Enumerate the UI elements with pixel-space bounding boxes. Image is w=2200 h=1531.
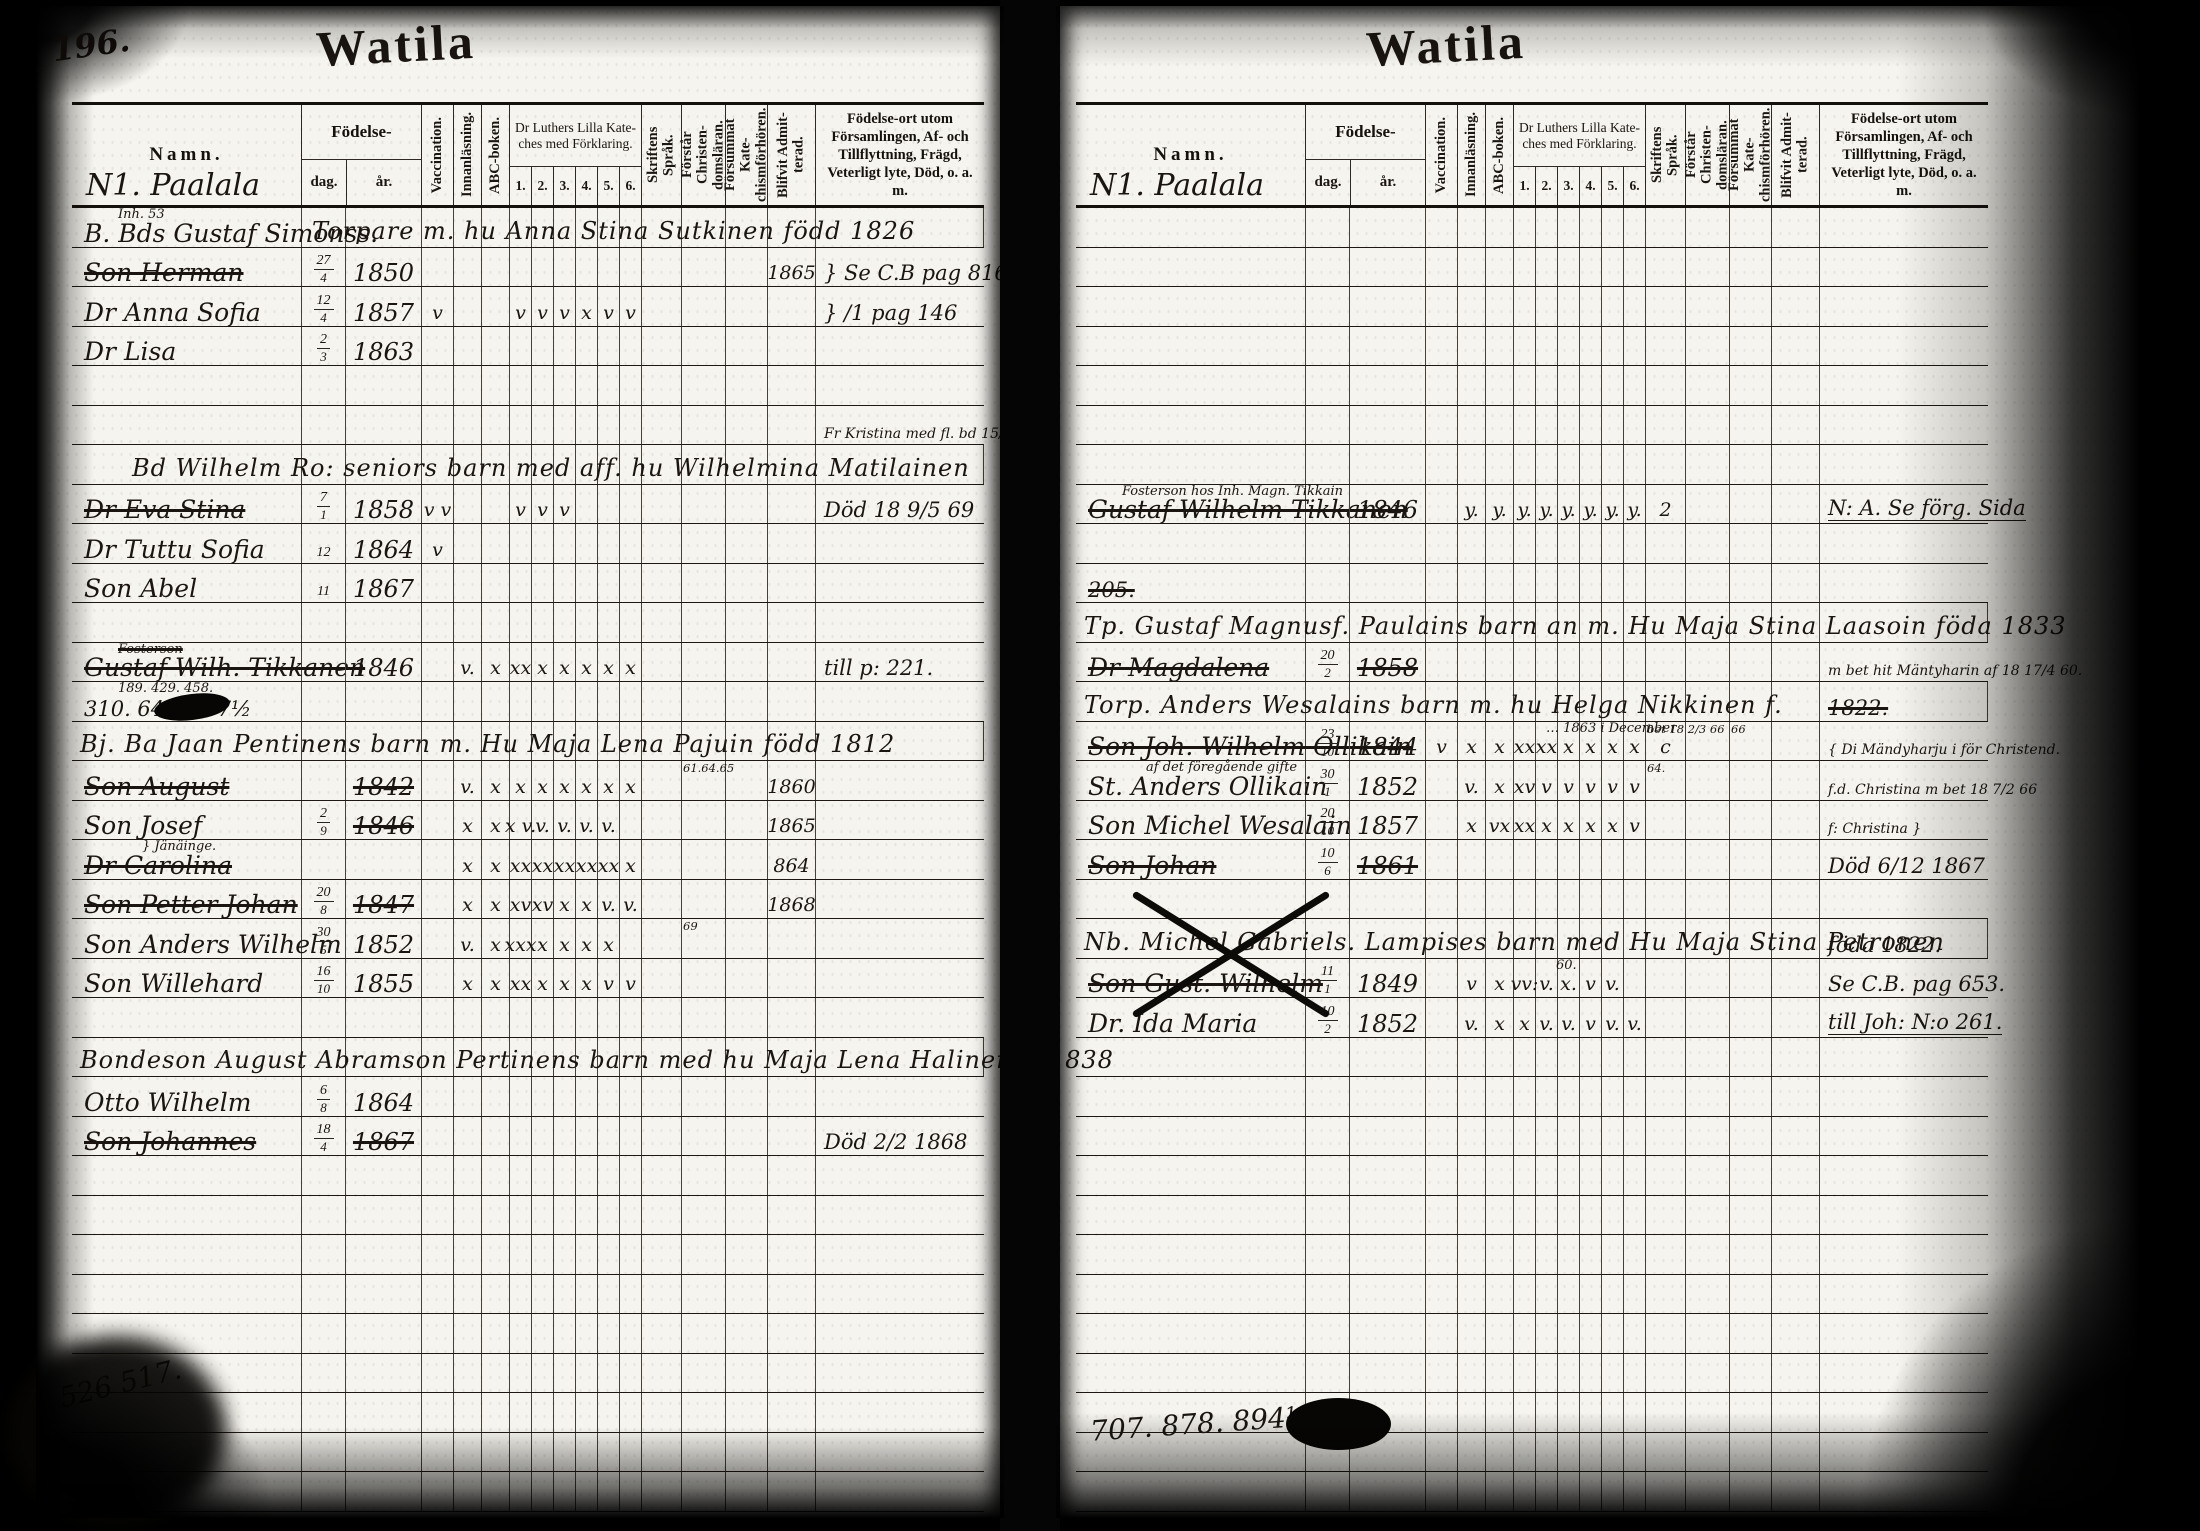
mark-cell-k1: xx	[510, 840, 532, 879]
mark-cell-blifvit	[768, 1077, 816, 1116]
birth-day-cell	[1306, 327, 1350, 366]
notes-cell	[816, 603, 984, 642]
mark-cell-innan	[1458, 1117, 1486, 1156]
check-mark: y.	[1464, 501, 1478, 520]
birth-year-cell	[1350, 1472, 1426, 1511]
name-cell	[1076, 1196, 1306, 1235]
check-mark: x	[559, 659, 570, 678]
mark-cell-skrift	[1646, 406, 1686, 445]
mark-cell-forsummat	[726, 1393, 768, 1432]
mark-cell-vacc	[422, 1433, 454, 1472]
check-mark: v	[432, 304, 443, 323]
check-mark: x	[490, 857, 501, 876]
mark-cell-k2	[1536, 524, 1558, 563]
mark-cell-k2	[532, 1077, 554, 1116]
mark-cell-vacc	[422, 564, 454, 603]
birth-year: 1857	[353, 301, 414, 325]
mark-cell-k6	[1624, 524, 1646, 563]
mark-cell-k1	[510, 1314, 532, 1353]
mark-cell-k6	[620, 1117, 642, 1156]
mark-cell-skrift	[1646, 1472, 1686, 1511]
name-cell: Dr Lisa	[72, 327, 302, 366]
month-number: 10	[1321, 744, 1334, 758]
mark-cell-skrift	[642, 564, 682, 603]
name-cell	[1076, 1235, 1306, 1274]
mark-cell-k5	[598, 248, 620, 287]
mark-cell-blifvit	[1772, 366, 1820, 405]
entry-name: Son Herman	[84, 260, 244, 285]
mark-cell-abc: x	[482, 761, 510, 800]
check-mark: v	[515, 501, 526, 520]
mark-cell-vacc	[1426, 1235, 1458, 1274]
mark-cell-forsummat	[726, 840, 768, 879]
mark-cell-forstar	[682, 406, 726, 445]
notes-cell: N: A. Se förg. Sida	[1820, 485, 2026, 524]
left-page: 196. Watila Namn. N1. Paalala Födelse- d…	[36, 6, 1004, 1518]
birth-day: 124	[314, 294, 334, 324]
section-label: N1. Paalala	[1090, 168, 1264, 203]
name-cell	[72, 366, 302, 405]
notes-cell	[1820, 406, 1988, 445]
entry-name: Son Johan	[1088, 853, 1216, 878]
check-mark: v	[1629, 817, 1640, 836]
check-mark: x	[581, 659, 592, 678]
mark-cell-k6	[620, 485, 642, 524]
mark-cell-k1	[510, 524, 532, 563]
check-mark: v	[559, 501, 570, 520]
birth-year-cell	[1350, 327, 1426, 366]
mark-cell-k6: v.	[620, 880, 642, 919]
mark-cell-k1	[510, 998, 532, 1037]
mark-cell-k5	[1602, 287, 1624, 326]
birth-day-cell	[1306, 1117, 1350, 1156]
mark-cell-k3	[554, 1077, 576, 1116]
mark-cell-k5	[598, 682, 620, 721]
birth-year-cell: 1867	[346, 564, 422, 603]
mark-cell-blifvit	[768, 682, 816, 721]
mark-cell-abc	[1486, 1314, 1514, 1353]
mark-cell-k6	[620, 1472, 642, 1511]
mark-cell-forstar	[682, 603, 726, 642]
notes-cell: } Se C.B pag 816	[816, 248, 1008, 287]
note-text-small: f: Christina }	[1828, 822, 1921, 837]
check-mark: x	[581, 778, 592, 797]
mark-cell-k6: v	[620, 959, 642, 998]
entry-name: Dr Lisa	[84, 339, 176, 364]
mark-cell-k6	[1624, 445, 1646, 484]
birth-year-cell	[1350, 1156, 1426, 1195]
ink-blot	[6, 1336, 226, 1526]
mark-cell-k4	[1580, 208, 1602, 247]
mark-cell-innan	[1458, 1314, 1486, 1353]
mark-cell-k6	[620, 564, 642, 603]
mark-cell-innan: x	[454, 840, 482, 879]
mark-cell-skrift	[1646, 1077, 1686, 1116]
mark-cell-skrift	[642, 1314, 682, 1353]
mark-cell-k5: x	[598, 761, 620, 800]
mark-cell-k5	[598, 1235, 620, 1274]
mark-cell-forsummat: 66	[1730, 722, 1772, 761]
notes-cell: f: Christina }	[1820, 801, 1988, 840]
mark-cell-k5: y.	[1602, 485, 1624, 524]
check-mark: x	[490, 778, 501, 797]
mark-cell-skrift	[1646, 1235, 1686, 1274]
check-mark: x	[537, 936, 548, 955]
mark-cell-forsummat	[1730, 1077, 1772, 1116]
mark-cell-skrift	[642, 643, 682, 682]
annotation: 64.	[1647, 761, 1665, 775]
check-mark: x	[1563, 738, 1574, 757]
mark-cell-vacc	[422, 761, 454, 800]
mark-cell-forsummat	[726, 1196, 768, 1235]
mark-cell-vacc	[422, 248, 454, 287]
mark-cell-k2	[532, 1275, 554, 1314]
mark-cell-k4	[1580, 1235, 1602, 1274]
day-number: 2	[317, 807, 330, 823]
mark-cell-k1: v	[510, 485, 532, 524]
col-blifvit-header: Blifvit Admit­terad.	[768, 105, 816, 205]
mark-cell-k3	[1558, 445, 1580, 484]
mark-cell-k3	[1558, 406, 1580, 445]
month-number: 4	[320, 1139, 327, 1153]
mark-cell-k1	[1514, 1077, 1536, 1116]
mark-cell-forstar	[682, 1393, 726, 1432]
mark-cell-skrift	[1646, 1156, 1686, 1195]
mark-cell-blifvit	[768, 1433, 816, 1472]
birth-day: 23	[317, 333, 330, 363]
birth-year-cell: 1852	[1350, 761, 1426, 800]
mark-cell-innan	[1458, 327, 1486, 366]
mark-cell-forstar	[1686, 1077, 1730, 1116]
mark-cell-forstar: 69	[682, 919, 726, 958]
mark-cell-forsummat	[726, 564, 768, 603]
register-row: Son Abel111867	[72, 564, 984, 604]
table-body: Inh. 53B. Bds Gustaf Simonss.Torpare m. …	[72, 208, 984, 1512]
span-entry: Bd Wilhelm Ro: seniors barn med aff. hu …	[132, 454, 970, 482]
mark-cell-k1: x v.	[510, 801, 532, 840]
mark-cell-k4	[1580, 1314, 1602, 1353]
mark-cell-k5: v	[598, 287, 620, 326]
mark-cell-k4	[576, 366, 598, 405]
check-mark: x	[462, 857, 473, 876]
birth-day-cell	[1306, 406, 1350, 445]
mark-cell-forsummat	[726, 1235, 768, 1274]
mark-cell-forsummat	[1730, 366, 1772, 405]
mark-cell-blifvit	[1772, 1038, 1820, 1077]
mark-cell-k6	[620, 1196, 642, 1235]
mark-cell-abc	[1486, 1077, 1514, 1116]
mark-cell-k5	[1602, 1235, 1624, 1274]
mark-cell-abc	[1486, 208, 1514, 247]
notes-cell	[816, 1077, 984, 1116]
notes-cell	[1820, 248, 1988, 287]
mark-cell-forstar	[1686, 1156, 1730, 1195]
note-text-small: { Di Mändyharju i för Christend.	[1828, 743, 2060, 758]
mark-cell-k1	[510, 327, 532, 366]
check-mark: y.	[1492, 501, 1506, 520]
mark-cell-k1: xv	[510, 880, 532, 919]
note-text: till p: 221.	[824, 658, 933, 679]
register-row	[72, 366, 984, 406]
mark-cell-k6	[1624, 959, 1646, 998]
day-number: 10	[1318, 847, 1338, 863]
mark-cell-k5: x	[598, 643, 620, 682]
mark-cell-k2: x	[1536, 801, 1558, 840]
mark-cell-skrift	[642, 1275, 682, 1314]
mark-cell-blifvit	[768, 406, 816, 445]
mark-cell-k4	[1580, 406, 1602, 445]
notes-cell: } /1 pag 146	[816, 287, 984, 326]
birth-year-cell: 1850	[346, 248, 422, 287]
mark-cell-forstar	[682, 840, 726, 879]
register-row	[72, 1314, 984, 1354]
mark-cell-forsummat	[726, 1354, 768, 1393]
month-number: 8	[320, 902, 327, 916]
mark-cell-forsummat	[1730, 208, 1772, 247]
check-mark: vv:	[1511, 975, 1539, 994]
birth-year-cell: 1849	[1350, 959, 1426, 998]
check-mark: y.	[1539, 501, 1553, 520]
birth-day-cell	[302, 406, 346, 445]
mark-cell-k6: x	[620, 761, 642, 800]
mark-cell-blifvit: 864	[768, 840, 816, 879]
birth-day-cell: 184	[302, 1117, 346, 1156]
mark-cell-k1	[1514, 840, 1536, 879]
mark-cell-vacc	[422, 1275, 454, 1314]
birth-year-cell: 1867	[346, 1117, 422, 1156]
name-cell	[1076, 1156, 1306, 1195]
note-text: till Joh: N:o 261.	[1828, 1012, 2002, 1035]
entry-name: Dr Carolina	[84, 853, 232, 878]
mark-cell-abc: x	[1486, 722, 1514, 761]
mark-cell-k3	[1558, 1235, 1580, 1274]
entry-name: Son Petter Johan	[84, 892, 298, 917]
mark-cell-innan	[454, 1433, 482, 1472]
mark-cell-k4	[1580, 366, 1602, 405]
mark-cell-k2	[532, 603, 554, 642]
mark-cell-blifvit	[768, 1156, 816, 1195]
check-mark: xx	[532, 857, 553, 876]
mark-cell-innan	[1458, 1038, 1486, 1077]
mark-cell-forsummat	[1730, 801, 1772, 840]
birth-year: 1846	[353, 656, 414, 680]
birth-year: 1842	[353, 775, 414, 799]
birth-day-cell	[1306, 1077, 1350, 1116]
check-mark: x	[537, 778, 548, 797]
mark-cell-forstar	[682, 1156, 726, 1195]
mark-cell-k1	[510, 1472, 532, 1511]
birth-day-cell	[302, 1235, 346, 1274]
check-mark: v.	[1539, 975, 1554, 994]
day-number: 16	[314, 965, 334, 981]
name-cell	[1076, 1117, 1306, 1156]
birth-year-cell: 1846	[346, 801, 422, 840]
register-row	[72, 998, 984, 1038]
mark-cell-abc	[482, 1393, 510, 1432]
note-text: Död 2/2 1868	[824, 1132, 968, 1153]
mark-cell-vacc	[422, 1156, 454, 1195]
mark-cell-k3	[1558, 1314, 1580, 1353]
birth-day-cell	[1306, 1038, 1350, 1077]
mark-cell-k3	[554, 564, 576, 603]
check-mark: v	[1629, 778, 1640, 797]
mark-cell-innan	[1458, 880, 1486, 919]
mark-cell-abc	[1486, 287, 1514, 326]
notes-cell	[816, 1275, 984, 1314]
mark-cell-forsummat	[726, 1275, 768, 1314]
mark-cell-blifvit	[1772, 840, 1820, 879]
mark-cell-forstar	[1686, 1354, 1730, 1393]
mark-cell-innan	[454, 327, 482, 366]
mark-cell-skrift	[1646, 287, 1686, 326]
mark-cell-innan: v.	[454, 761, 482, 800]
mark-cell-k5	[598, 406, 620, 445]
mark-cell-k2	[532, 682, 554, 721]
mark-cell-k3: v.	[554, 801, 576, 840]
mark-cell-abc	[482, 1433, 510, 1472]
mark-cell-k2	[1536, 564, 1558, 603]
col-forstar-header: Förstår Christen­domsläran.	[682, 105, 726, 205]
mark-cell-forsummat	[726, 1314, 768, 1353]
mark-cell-k3	[554, 1235, 576, 1274]
mark-cell-innan	[1458, 366, 1486, 405]
birth-day-cell	[302, 1472, 346, 1511]
birth-day: 1610	[314, 965, 334, 995]
day-number: 11	[314, 585, 333, 600]
birth-day-cell	[302, 1314, 346, 1353]
mark-cell-k2	[532, 1393, 554, 1432]
mark-cell-abc	[482, 1117, 510, 1156]
register-row	[1076, 366, 1988, 406]
mark-cell-k1	[510, 1354, 532, 1393]
mark-cell-k3	[1558, 1393, 1580, 1432]
mark-cell-forstar	[682, 801, 726, 840]
mark-cell-innan	[1458, 1472, 1486, 1511]
check-mark: v.	[601, 817, 616, 836]
check-mark: x	[490, 936, 501, 955]
birth-year-cell	[346, 682, 422, 721]
birth-year-cell	[1350, 1077, 1426, 1116]
mark-cell-k2	[1536, 366, 1558, 405]
birth-day: 68	[317, 1084, 330, 1114]
mark-cell-innan	[454, 524, 482, 563]
mark-cell-forstar	[682, 880, 726, 919]
check-mark: v.	[579, 817, 594, 836]
register-row	[72, 1156, 984, 1196]
notes-cell	[816, 1472, 984, 1511]
check-mark: v	[537, 304, 548, 323]
mark-cell-k1	[1514, 1354, 1536, 1393]
register-row: Son Michel Wesalain20101857xvxxxxxxxvf: …	[1076, 801, 1988, 841]
check-mark: 1865	[767, 817, 815, 836]
notes-cell	[1820, 1275, 1988, 1314]
mark-cell-k4	[1580, 880, 1602, 919]
check-mark: y.	[1561, 501, 1575, 520]
mark-cell-skrift	[642, 880, 682, 919]
birth-day-cell	[302, 998, 346, 1037]
mark-cell-vacc	[422, 1314, 454, 1353]
mark-cell-blifvit	[768, 1117, 816, 1156]
day-number: 23	[1318, 728, 1338, 744]
mark-cell-blifvit	[768, 1393, 816, 1432]
mark-cell-forsummat	[726, 524, 768, 563]
mark-cell-abc: vx	[1486, 801, 1514, 840]
mark-cell-k3	[1558, 208, 1580, 247]
mark-cell-abc: x	[1486, 761, 1514, 800]
mark-cell-vacc	[422, 603, 454, 642]
name-cell: Dr Magdalena	[1076, 643, 1306, 682]
entry-name: Dr Tuttu Sofia	[84, 537, 265, 562]
register-row: Dr Tuttu Sofia121864v	[72, 524, 984, 564]
mark-cell-k1: x	[510, 761, 532, 800]
check-mark: xx	[510, 975, 531, 994]
mark-cell-k4: y.	[1580, 485, 1602, 524]
mark-cell-blifvit	[1772, 327, 1820, 366]
check-mark: v.	[623, 896, 638, 915]
mark-cell-blifvit	[768, 485, 816, 524]
check-mark: v	[625, 304, 636, 323]
check-mark: x	[490, 659, 501, 678]
mark-cell-forstar	[1686, 485, 1730, 524]
check-mark: v.	[1464, 778, 1479, 797]
birth-day: 12	[314, 546, 334, 561]
mark-cell-k1: xx	[1514, 801, 1536, 840]
mark-cell-vacc	[422, 682, 454, 721]
mark-cell-k6	[1624, 1433, 1646, 1472]
birth-day-cell: 29	[302, 801, 346, 840]
notes-cell: Död 18 9/5 69	[816, 485, 984, 524]
mark-cell-k6	[1624, 840, 1646, 879]
mark-cell-vacc	[1426, 1472, 1458, 1511]
mark-cell-k3	[1558, 1077, 1580, 1116]
birth-year: 1858	[353, 498, 414, 522]
mark-cell-innan	[1458, 1235, 1486, 1274]
register-row: Son Willehard16101855xxxxxxxvv	[72, 959, 984, 999]
register-row: Son Herman27418501865} Se C.B pag 816	[72, 248, 984, 288]
mark-cell-k5	[1602, 880, 1624, 919]
check-mark: v.	[460, 778, 475, 797]
notes-cell	[816, 1433, 984, 1472]
entry-name: Dr Anna Sofia	[84, 300, 261, 325]
mark-cell-forsummat	[1730, 445, 1772, 484]
mark-cell-innan	[1458, 1393, 1486, 1432]
mark-cell-skrift	[642, 1354, 682, 1393]
mark-cell-k6	[1624, 880, 1646, 919]
register-row: Inh. 53B. Bds Gustaf Simonss.Torpare m. …	[72, 208, 984, 248]
mark-cell-blifvit: 1868	[768, 880, 816, 919]
mark-cell-skrift	[1646, 1314, 1686, 1353]
name-cell	[1076, 327, 1306, 366]
birth-year-cell	[346, 1156, 422, 1195]
mark-cell-blifvit	[768, 1354, 816, 1393]
mark-cell-blifvit	[768, 1235, 816, 1274]
birth-year-cell: 1861	[1350, 840, 1426, 879]
mark-cell-skrift	[642, 524, 682, 563]
mark-cell-k5	[598, 1196, 620, 1235]
mark-cell-k5	[1602, 406, 1624, 445]
mark-cell-blifvit	[1772, 1196, 1820, 1235]
mark-cell-blifvit	[1772, 524, 1820, 563]
mark-cell-k4	[576, 1275, 598, 1314]
mark-cell-k5	[598, 998, 620, 1037]
mark-cell-k6	[620, 1077, 642, 1116]
birth-day: 305	[314, 926, 334, 956]
mark-cell-k6	[620, 801, 642, 840]
mark-cell-k3: v.	[1558, 998, 1580, 1037]
mark-cell-k5	[598, 1156, 620, 1195]
entry-name: Son Josef	[84, 813, 202, 838]
name-cell	[1076, 208, 1306, 247]
